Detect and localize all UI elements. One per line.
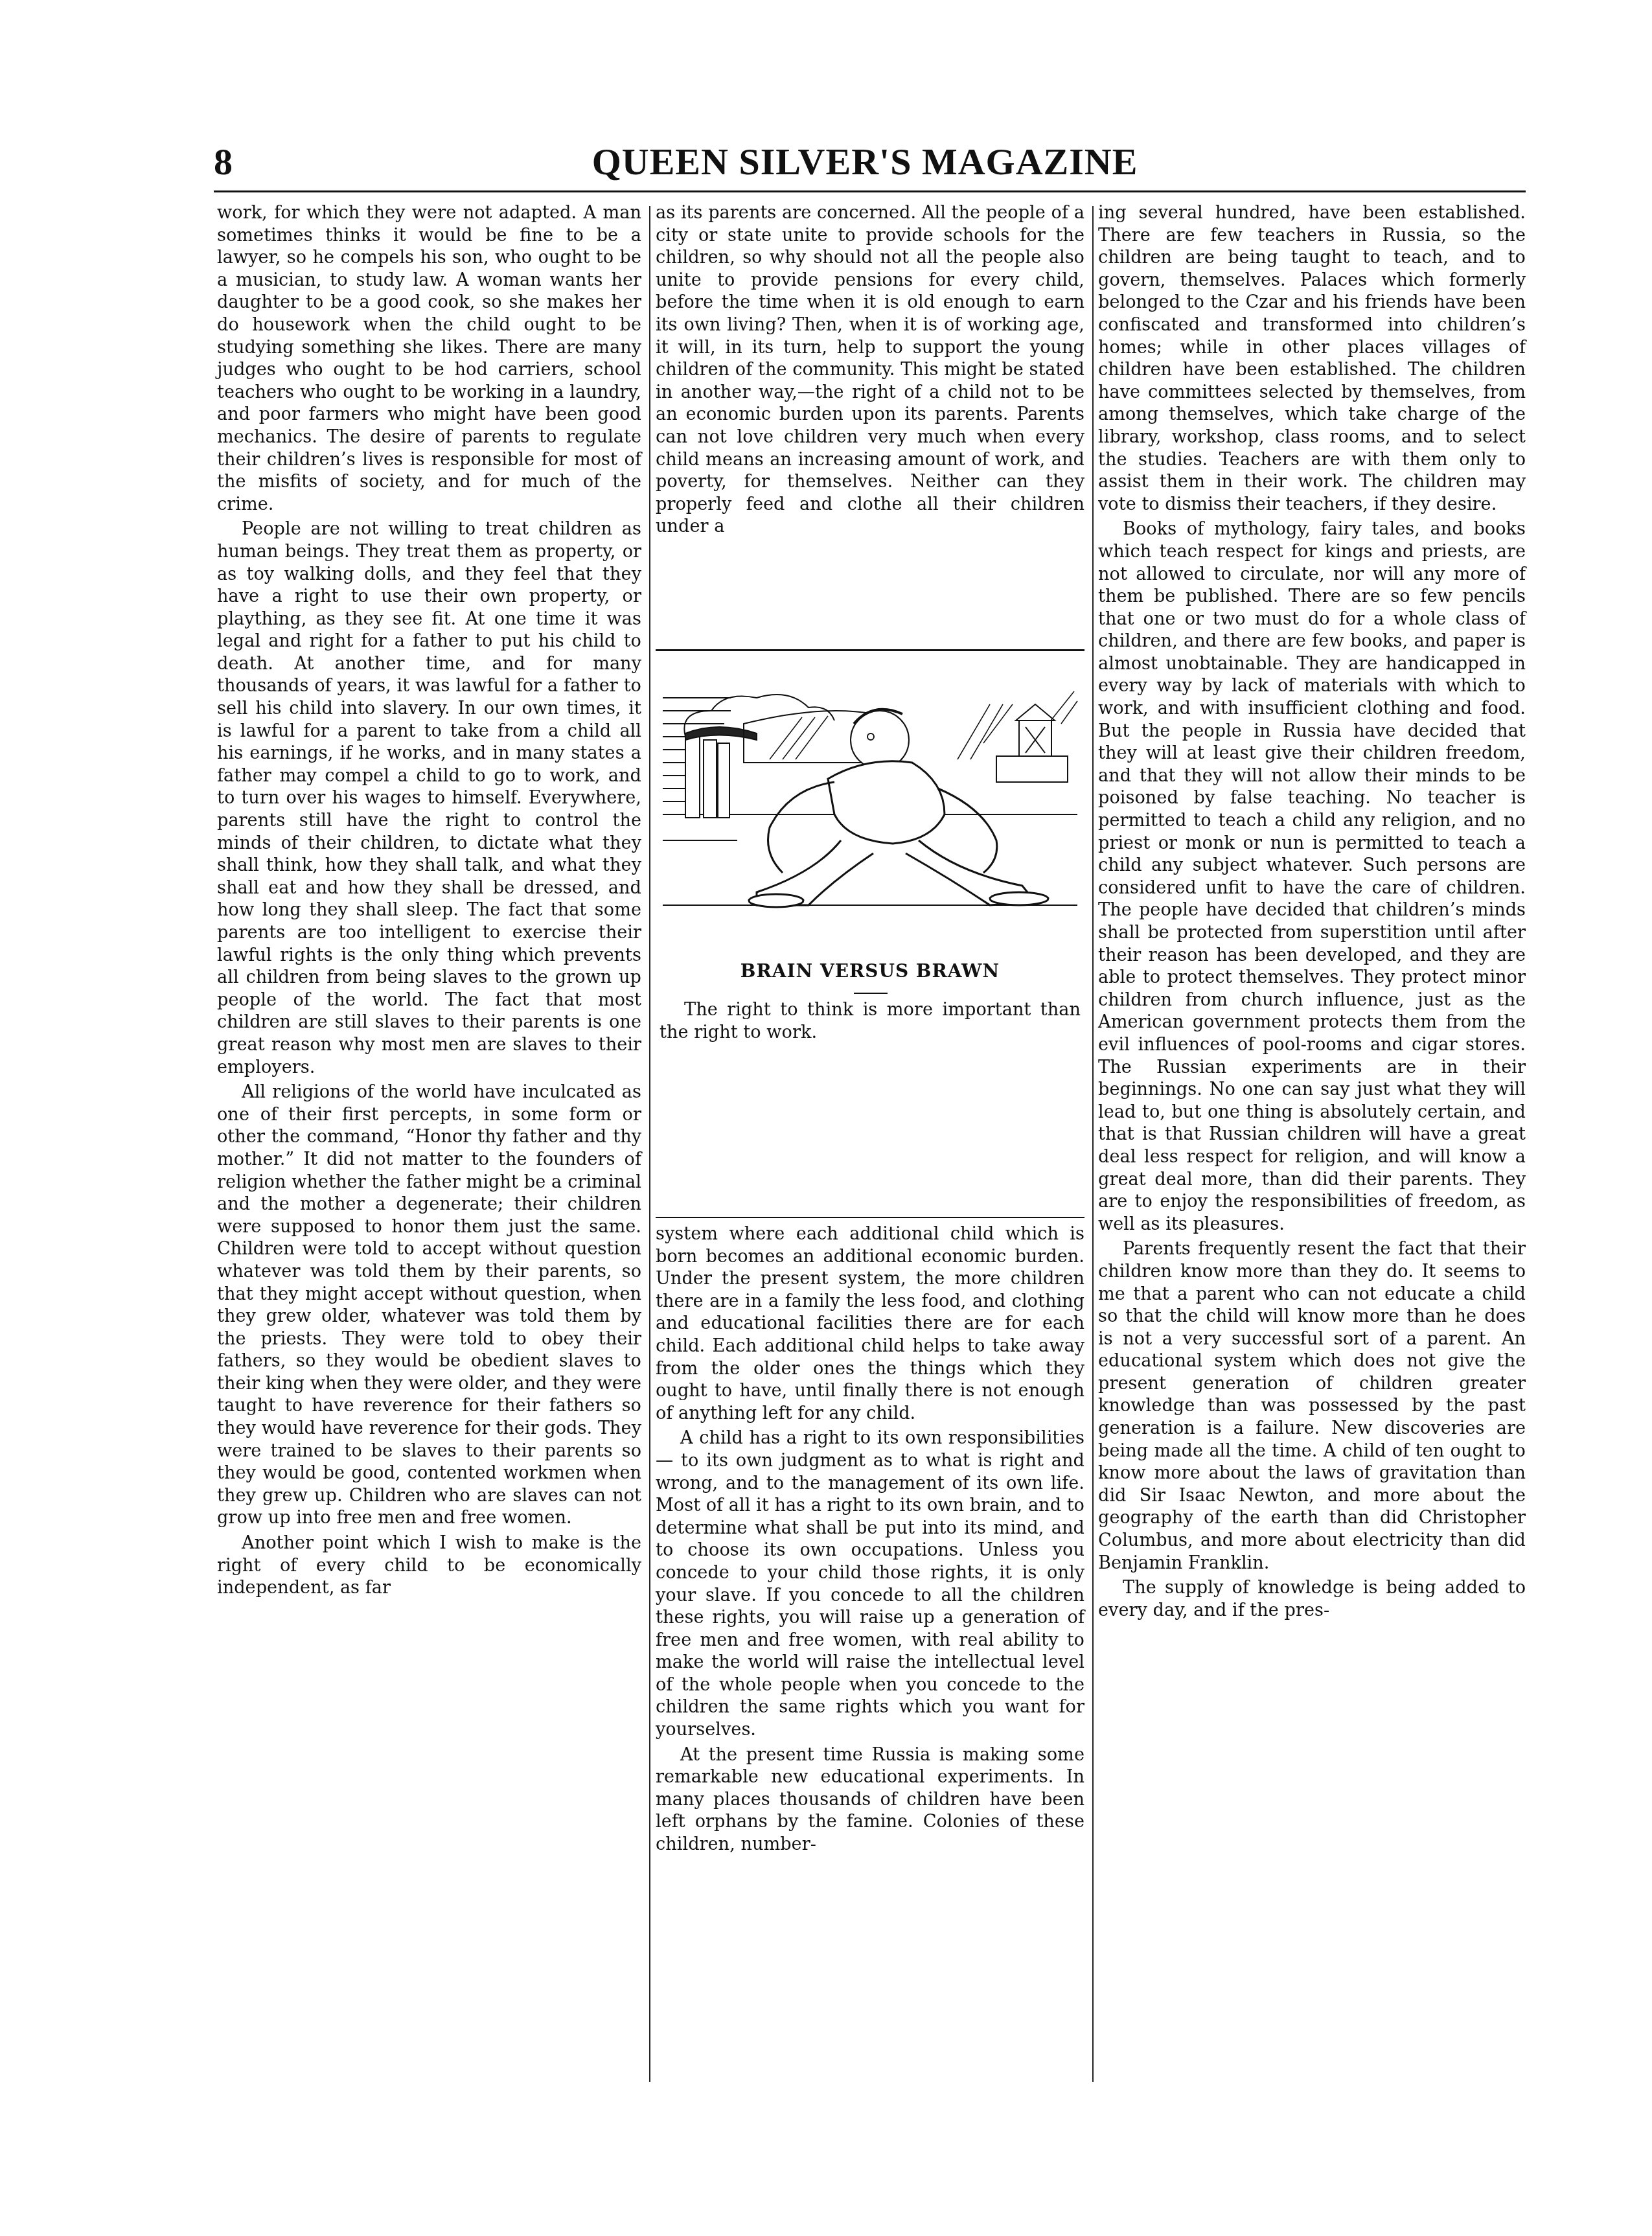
paragraph: The supply of knowledge is being added t… (1098, 1577, 1526, 1622)
cartoon-caption-title: BRAIN VERSUS BRAWN (656, 960, 1084, 982)
column-right: ing several hundred, have been establish… (1098, 202, 1526, 1624)
paragraph: Another point which I wish to make is th… (217, 1532, 641, 1600)
figure-top-rule (656, 649, 1084, 651)
page-header: 8 QUEEN SILVER'S MAGAZINE (214, 139, 1516, 191)
cartoon-illustration (660, 685, 1081, 908)
paragraph: A child has a right to its own responsib… (656, 1427, 1084, 1741)
paragraph: work, for which they were not adapted. A… (217, 202, 641, 516)
column-divider-left (649, 206, 650, 2082)
magazine-page: 8 QUEEN SILVER'S MAGAZINE work, for whic… (0, 0, 1652, 2236)
paragraph: system where each additional child which… (656, 1223, 1084, 1425)
header-rule (214, 190, 1526, 192)
paragraph: Books of mythology, fairy tales, and boo… (1098, 518, 1526, 1236)
column-middle-bottom: system where each additional child which… (656, 1223, 1084, 1859)
paragraph: People are not willing to treat children… (217, 518, 641, 1079)
paragraph: ing several hundred, have been establish… (1098, 202, 1526, 516)
paragraph: Parents frequently resent the fact that … (1098, 1238, 1526, 1574)
column-left: work, for which they were not adapted. A… (217, 202, 641, 1602)
column-middle-top: as its parents are concerned. All the pe… (656, 202, 1084, 541)
cartoon-figure: BRAIN VERSUS BRAWN The right to think is… (656, 649, 1084, 1219)
caption-rule (854, 993, 888, 994)
figure-bottom-rule (656, 1217, 1084, 1218)
paragraph: as its parents are concerned. All the pe… (656, 202, 1084, 538)
magazine-title: QUEEN SILVER'S MAGAZINE (214, 139, 1516, 185)
paragraph: All religions of the world have inculcat… (217, 1081, 641, 1530)
paragraph: At the present time Russia is making som… (656, 1744, 1084, 1856)
column-divider-right (1092, 206, 1094, 2082)
cartoon-caption-text: The right to think is more important tha… (660, 999, 1081, 1044)
